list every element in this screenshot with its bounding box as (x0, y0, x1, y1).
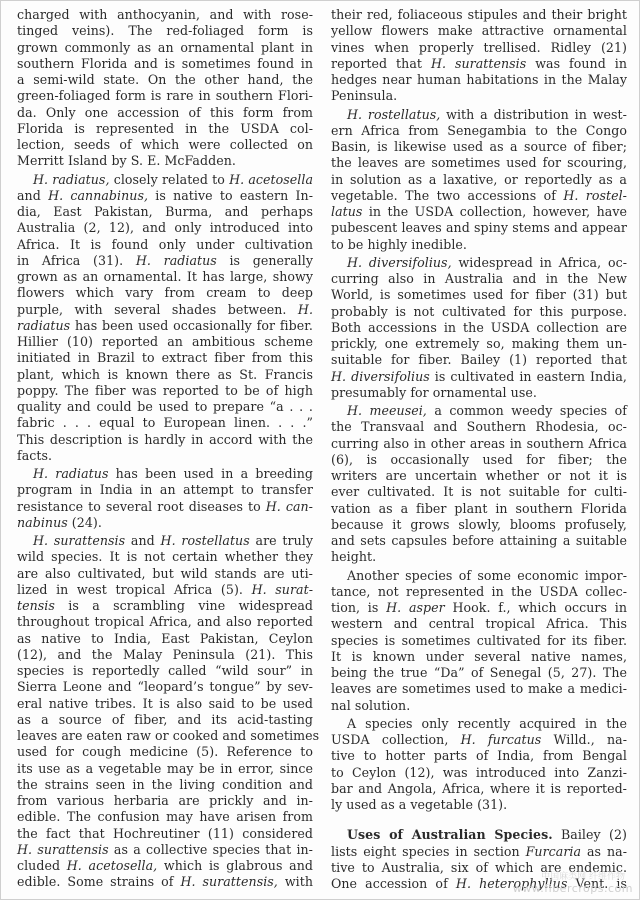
text-line: quality and could be used to prepare “a … (17, 399, 313, 415)
watermark-chinese: 中国麻类网 纤维作物 (541, 869, 625, 882)
document-page: charged with anthocyanin, and with rose-… (0, 0, 640, 900)
text-line: southern Florida and is sometimes found … (17, 56, 313, 72)
text-line: nabinus (24). (17, 515, 313, 531)
paragraph: H. diversifolius, widespread in Africa, … (331, 255, 627, 401)
paragraph: Another species of some economic impor-t… (331, 568, 627, 714)
text-line: radiatus has been used occasionally for … (17, 318, 313, 334)
text-line: tive to hotter parts of India, from Beng… (331, 748, 627, 764)
text-line: in Africa (31). H. radiatus is generally (17, 253, 313, 269)
watermark-url: www.fibercrops.com (513, 882, 633, 895)
text-line: fabric . . . equal to European linen. . … (17, 415, 313, 431)
text-line: Uses of Australian Species. Bailey (2) (331, 827, 627, 843)
text-line: Merritt Island by S. E. McFadden. (17, 153, 313, 169)
text-line: western and central tropical Africa. Thi… (331, 616, 627, 632)
text-line: yellow flowers make attractive ornamenta… (331, 23, 627, 39)
text-line: probably is not cultivated for this purp… (331, 304, 627, 320)
text-line: and H. cannabinus, is native to eastern … (17, 188, 313, 204)
text-line: plant, which is known there as St. Franc… (17, 367, 313, 383)
text-line: in solution as a laxative, or reportedly… (331, 172, 627, 188)
text-line: as native to India, East Pakistan, Ceylo… (17, 631, 313, 647)
text-line: eral native tribes. It is also said to b… (17, 696, 313, 712)
section-gap (331, 813, 627, 827)
text-line: wild species. It is not certain whether … (17, 549, 313, 565)
text-line: Sierra Leone and “leopard’s tongue” by s… (17, 679, 313, 695)
text-line: being the true “Da” of Senegal (5, 27). … (331, 665, 627, 681)
text-line: H. radiatus has been used in a breeding (17, 466, 313, 482)
text-line: (12), and the Malay Peninsula (21). This (17, 647, 313, 663)
text-line: purple, with several shades between. H. (17, 302, 313, 318)
text-line: latus in the USDA collection, however, h… (331, 204, 627, 220)
text-line: vation as a fiber plant in southern Flor… (331, 501, 627, 517)
text-line: tance, not represented in the USDA colle… (331, 584, 627, 600)
text-line: flowers which vary from cream to deep (17, 285, 313, 301)
text-line: vegetable. The two accessions of H. rost… (331, 188, 627, 204)
text-line: the fact that Hochreutiner (11) consider… (17, 826, 313, 842)
text-line: from various herbaria are prickly and in… (17, 793, 313, 809)
paragraph: H. surattensis and H. rostellatus are tr… (17, 533, 313, 891)
text-line: nal solution. (331, 698, 627, 714)
text-line: its use as a vegetable may be in error, … (17, 761, 313, 777)
text-line: USDA collection, H. furcatus Willd., na- (331, 732, 627, 748)
paragraph: A species only recently acquired in theU… (331, 716, 627, 814)
text-line: cluded H. acetosella, which is glabrous … (17, 858, 313, 874)
text-line: facts. (17, 448, 313, 464)
text-line: to Ceylon (12), was introduced into Zanz… (331, 765, 627, 781)
text-line: green-foliaged form is rare in southern … (17, 88, 313, 104)
text-line: ern Africa from Senegambia to the Congo (331, 123, 627, 139)
text-line: ly used as a vegetable (31). (331, 797, 627, 813)
text-line: throughout tropical Africa, and also rep… (17, 614, 313, 630)
paragraph: H. meeusei, a common weedy species ofthe… (331, 403, 627, 566)
text-line: initiated in Brazil to extract fiber fro… (17, 350, 313, 366)
text-line: ever cultivated. It is not suitable for … (331, 484, 627, 500)
text-line: hedges near human habitations in the Mal… (331, 72, 627, 88)
text-line: resistance to several root diseases to H… (17, 499, 313, 515)
text-line: tensis is a scrambling vine widespread (17, 598, 313, 614)
paragraph: H. rostellatus, with a distribution in w… (331, 107, 627, 253)
text-line: writers are uncertain whether or not it … (331, 468, 627, 484)
text-line: the Transvaal and Southern Rhodesia, oc- (331, 419, 627, 435)
text-line: the strains seen in the living condition… (17, 777, 313, 793)
text-line: program in India in an attempt to transf… (17, 482, 313, 498)
text-line: World, is sometimes used for fiber (31) … (331, 287, 627, 303)
text-line: grown commonly as an ornamental plant in (17, 40, 313, 56)
text-line: used for cough medicine (5). Reference t… (17, 744, 313, 760)
text-line: Australia (2, 12), and only introduced i… (17, 220, 313, 236)
text-line: to be highly inedible. (331, 237, 627, 253)
paragraph: charged with anthocyanin, and with rose-… (17, 7, 313, 170)
text-line: Basin, is likewise used as a source of f… (331, 139, 627, 155)
text-line: Another species of some economic impor- (331, 568, 627, 584)
text-line: leaves are eaten raw or cooked and somet… (17, 728, 313, 744)
text-line: the leaves are sometimes used for scouri… (331, 155, 627, 171)
text-line: H. surattensis as a collective species t… (17, 842, 313, 858)
text-line: height. (331, 549, 627, 565)
text-line: vines when properly trellised. Ridley (2… (331, 40, 627, 56)
text-line: charged with anthocyanin, and with rose- (17, 7, 313, 23)
text-line: H. surattensis and H. rostellatus are tr… (17, 533, 313, 549)
text-line: as a source of fiber, and its acid-tasti… (17, 712, 313, 728)
text-line: lection, seeds of which were collected o… (17, 137, 313, 153)
text-line: H. diversifolius is cultivated in easter… (331, 369, 627, 385)
text-line: prickly, one extremely so, making them u… (331, 336, 627, 352)
text-line: species is sometimes cultivated for its … (331, 633, 627, 649)
right-column: their red, foliaceous stipules and their… (331, 7, 627, 892)
text-line: H. rostellatus, with a distribution in w… (331, 107, 627, 123)
text-line: pubescent leaves and spiny stems and app… (331, 220, 627, 236)
paragraph: their red, foliaceous stipules and their… (331, 7, 627, 105)
text-line: da. Only one accession of this form from (17, 105, 313, 121)
text-line: leaves are sometimes used to make a medi… (331, 681, 627, 697)
text-line: It is known under several native names, (331, 649, 627, 665)
text-line: curring also in Australia and in the New (331, 271, 627, 287)
text-line: reported that H. surattensis was found i… (331, 56, 627, 72)
paragraph: H. radiatus has been used in a breedingp… (17, 466, 313, 531)
text-line: presumably for ornamental use. (331, 385, 627, 401)
paragraph: H. radiatus, closely related to H. aceto… (17, 172, 313, 465)
text-line: because it grows slowly, blooms profusel… (331, 517, 627, 533)
text-line: Both accessions in the USDA collection a… (331, 320, 627, 336)
text-line: (6), is occasionally used for fiber; the (331, 452, 627, 468)
text-line: Africa. It is found only under cultivati… (17, 237, 313, 253)
text-line: Florida is represented in the USDA col- (17, 121, 313, 137)
text-line: grown as an ornamental. It has large, sh… (17, 269, 313, 285)
text-line: dia, East Pakistan, Burma, and perhaps (17, 204, 313, 220)
text-line: H. meeusei, a common weedy species of (331, 403, 627, 419)
text-line: poppy. The fiber was reported to be of h… (17, 383, 313, 399)
text-line: Hillier (10) reported an ambitious schem… (17, 334, 313, 350)
text-line: their red, foliaceous stipules and their… (331, 7, 627, 23)
text-line: a semi-wild state. On the other hand, th… (17, 72, 313, 88)
text-line: tion, is H. asper Hook. f., which occurs… (331, 600, 627, 616)
text-line: H. diversifolius, widespread in Africa, … (331, 255, 627, 271)
text-line: are also cultivated, but wild stands are… (17, 566, 313, 582)
text-line: lists eight species in section Furcaria … (331, 844, 627, 860)
text-line: species is reportedly called “wild sour”… (17, 663, 313, 679)
text-line: and sets capsules before attaining a sui… (331, 533, 627, 549)
text-line: Peninsula. (331, 88, 627, 104)
left-column: charged with anthocyanin, and with rose-… (17, 7, 313, 891)
text-line: A species only recently acquired in the (331, 716, 627, 732)
text-line: bar and Angola, Africa, where it is repo… (331, 781, 627, 797)
text-line: edible. The confusion may have arisen fr… (17, 809, 313, 825)
text-line: H. radiatus, closely related to H. aceto… (17, 172, 313, 188)
text-line: This description is hardly in accord wit… (17, 432, 313, 448)
text-line: lized in west tropical Africa (5). H. su… (17, 582, 313, 598)
text-line: tinged veins). The red-foliaged form is (17, 23, 313, 39)
text-line: curring also in other areas in southern … (331, 436, 627, 452)
text-line: edible. Some strains of H. surattensis, … (17, 874, 313, 890)
text-line: suitable for fiber. Bailey (1) reported … (331, 352, 627, 368)
